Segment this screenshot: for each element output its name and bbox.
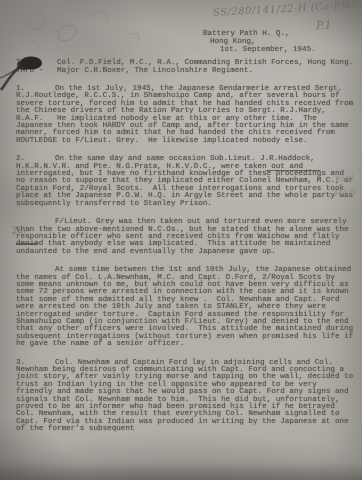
handwritten-paragraph-insert-mark: 2a.	[12, 225, 27, 236]
paragraph-2a: F/Lieut. Grey was then taken out and tor…	[16, 219, 356, 256]
handwritten-page-number: P.1	[316, 18, 333, 32]
paragraph-text: At some time between the 1st and 10th Ju…	[16, 266, 358, 348]
paragraph-1: 1.On the 1st July, 1945, the Japanese Ge…	[16, 86, 356, 145]
recipients-block: To - Col. F.D.Field, M.C., R.A., Command…	[16, 60, 353, 76]
page-bottom-shadow	[0, 462, 362, 480]
paragraph-unnumbered: At some time between the 1st and 10th Ju…	[16, 267, 356, 348]
thro-label: Thro'-	[16, 68, 57, 76]
thro-recipient: Major C.R.Boxer, The Lincolnshire Regime…	[57, 68, 253, 76]
handwritten-file-reference: SS/280/141/22-H (Ca-PW)	[213, 0, 357, 18]
underline-haddock-artifact	[266, 170, 320, 171]
address-line: Battery Path H. Q.,	[203, 30, 316, 38]
paragraph-text: On the 1st July, 1945, the Japanese Gend…	[16, 85, 358, 145]
correction-strike-artifact	[16, 243, 38, 245]
date-line: 1st. September, 1945.	[203, 46, 316, 54]
letterhead-block: Battery Path H. Q., Hong Kong, 1st. Sept…	[203, 30, 316, 55]
letter-body: 1.On the 1st July, 1945, the Japanese Ge…	[16, 86, 356, 445]
paragraph-3: 3.Col. Newnham and Captain Ford lay in a…	[16, 360, 356, 434]
pencil-scribble-artifact	[8, 2, 178, 64]
document-photograph: SS/280/141/22-H (Ca-PW) P.1 Battery Path…	[0, 0, 362, 480]
paragraph-text: Col. Newnham and Captain Ford lay in adj…	[16, 359, 358, 434]
paragraph-2: 2.On the same day and same occasion Sub.…	[16, 156, 356, 208]
paragraph-text: F/Lieut. Grey was then taken out and tor…	[16, 218, 353, 256]
paragraph-text: On the same day and same occasion Sub.Li…	[16, 155, 358, 207]
